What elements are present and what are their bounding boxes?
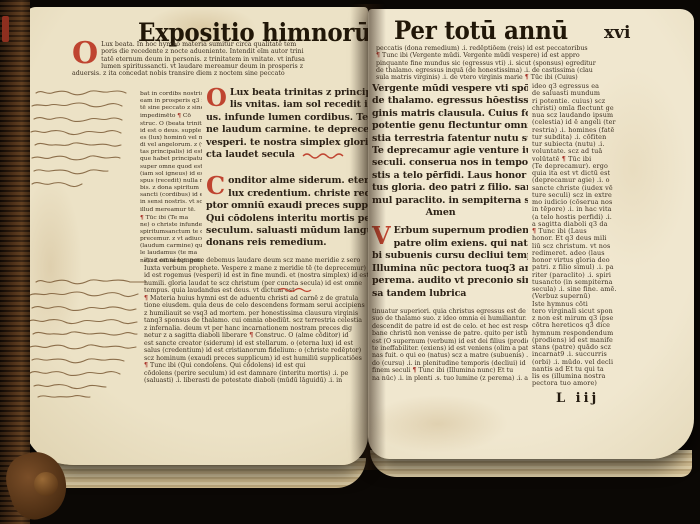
- red-initial-O: O: [72, 41, 98, 67]
- text-line: bi subuenis cursu decliui temporis.: [372, 250, 528, 262]
- text-line: Lux beata trinitas z principa: [230, 87, 368, 99]
- red-pilcrow: ¶: [376, 52, 380, 59]
- text-line: lis vnitas. iam sol recedit igne: [230, 99, 368, 111]
- red-pilcrow: ¶: [413, 367, 417, 374]
- text-line: est (O supernum (verbum) id est dei fili…: [372, 338, 528, 345]
- left-intro-lines: Lux beata. In hoc hymno materia sumitur …: [72, 41, 368, 77]
- text-line: netur z a sagitta diaboli liberare ¶ Con…: [144, 332, 386, 340]
- text-line: tero virginali sicut spon: [532, 308, 662, 315]
- left-commentary-column: bat in cordibs nostriseam in prosperis q…: [140, 91, 202, 265]
- text-line: ptor omniū exaudi preces supplicuz: [206, 200, 368, 212]
- text-line: Vergente mūdi vespere vti spōsus: [372, 83, 528, 95]
- text-line: a sagitta diaboli q3 da: [532, 221, 662, 228]
- text-line: in tēpore) .i. in hac vita: [532, 206, 662, 213]
- text-line: ri potentie. cuius) scz: [532, 98, 662, 105]
- text-line: salus (credentium) id est cristianorum f…: [144, 347, 386, 355]
- red-pilcrow: ¶: [532, 228, 536, 235]
- text-line: ¶ Materia huius hymni est de aduentu chr…: [144, 295, 386, 303]
- text-line: humili. gloria laudat te scz christum (p…: [144, 280, 386, 288]
- text-line: id est o deus. supple qui: [140, 128, 202, 135]
- text-line: ¶ Tunc ibi (Qui condolens. Qui cōdolens)…: [144, 362, 386, 370]
- left-intro-block: O Lux beata. In hoc hymno materia sumitu…: [72, 41, 368, 77]
- text-line: sancti (cordibus) id est: [140, 192, 202, 199]
- text-line: id est rogemus (vesperi) id est in fine …: [144, 272, 386, 280]
- red-fore-edge: [2, 16, 9, 42]
- text-line: tusancto (in sempiterna: [532, 279, 662, 286]
- right-page-header: Per totū annū: [394, 16, 568, 46]
- text-line: lux credentium. christe redem: [228, 188, 368, 200]
- text-line: super omne quod est: [140, 164, 202, 171]
- text-line: volūtatē ¶ Tūc ibi: [532, 156, 662, 163]
- text-line: cōdolens (perire seculum) id est damnare…: [144, 370, 386, 378]
- handwritten-marginalia: [30, 85, 142, 191]
- text-line: z non est mirum q3 ipse: [532, 315, 662, 322]
- text-line: christi) omīa flectunt ge: [532, 105, 662, 112]
- text-line: voluntate. scz ad tuā: [532, 148, 662, 155]
- hymn-lines: Erbum supernum prodiens apatre olim exie…: [372, 225, 528, 299]
- quire-signature: L iij: [556, 391, 599, 406]
- text-line: potentie genu flectuntur omnia. cele: [372, 120, 528, 132]
- text-line: cōtra hereticos q3 dice: [532, 322, 662, 329]
- text-line: tas principalis) id est: [140, 149, 202, 156]
- red-pilcrow: ¶: [177, 112, 181, 119]
- text-line: (a telo hostis perfidi) .i.: [532, 214, 662, 221]
- text-line: di vel angelorum. z (vni: [140, 142, 202, 149]
- text-line: stis a telo pērfidi. Laus honor vir: [372, 170, 528, 182]
- text-line: (saluasti) .i. liberasti de potestate di…: [144, 377, 386, 385]
- text-line: illud mereamur tē.: [140, 207, 202, 214]
- text-line: (Verbuz supernū): [532, 293, 662, 300]
- text-line: spiritumsanctum te de: [140, 229, 202, 236]
- hymn-verse-conditor: C onditor alme siderum. eternalux creden…: [206, 175, 368, 249]
- text-line: tanq3 sponsus de thalamo. cui omnia obed…: [144, 317, 386, 325]
- text-line: do (cursu) .i. in plenitudine temporis (…: [372, 360, 528, 367]
- text-line: vesperi. te nostra simplex gloria p cū: [206, 137, 368, 149]
- left-bottom-commentary: ita z omni tempore debemus laudare deum …: [144, 257, 386, 385]
- right-hymn-column: Vergente mūdi vespere vti spōsusde thala…: [372, 83, 528, 382]
- text-line: sula matris virginis) .i. de vtero virgi…: [376, 74, 682, 81]
- text-line: sa tandem lubrica: [372, 288, 528, 300]
- text-line: de saluasti mundum: [532, 90, 662, 97]
- text-line: scz hominum (exaudi preces supplicum) id…: [144, 355, 386, 363]
- text-line: finem seculi ¶ Tunc ibi (Illumina nunc) …: [372, 367, 528, 374]
- hymn-lines: onditor alme siderum. eternalux credenti…: [206, 175, 368, 249]
- text-line: aduersis. z ita concedat nobis transire …: [72, 70, 368, 77]
- text-line: te ineffabiliter. (exiens) id est venien…: [372, 345, 528, 352]
- text-line: peccatis (dona remedium) .i. redēptiōem …: [376, 45, 682, 52]
- text-line: perema. audito vt preconio sint pul: [372, 275, 528, 287]
- text-line: stans (patre) quādo scz: [532, 344, 662, 351]
- text-line: ne laudum carmine. te deprecemur: [206, 124, 368, 136]
- text-line: (prodiens) id est manife: [532, 337, 662, 344]
- text-line: suo de thalamo suo. z ideo omnia ei humi…: [372, 315, 528, 322]
- text-line: (Te deprecamur). ergo: [532, 163, 662, 170]
- text-line: nas fuit. o qui eo (natus) scz a matre (…: [372, 352, 528, 359]
- text-line: liū scz christum. vt nos: [532, 243, 662, 250]
- text-line: stia terrestria fatentur nutu subdita.: [372, 133, 528, 145]
- text-line: nantis ad Et tu qui ta: [532, 366, 662, 373]
- text-line: impedimēto ¶ Cō: [140, 112, 202, 120]
- text-line: incarnat9 .i. succurris: [532, 351, 662, 358]
- red-initial-O: O: [206, 87, 227, 109]
- text-line: (celestia) id ē angeli (ter: [532, 119, 662, 126]
- text-line: honor virtus gloria deo: [532, 257, 662, 264]
- text-line: ginis matris clausula. Cuius forti: [372, 108, 528, 120]
- folio-number: xvi: [604, 23, 630, 43]
- right-top-commentary: peccatis (dona remedium) .i. redēptiōem …: [376, 45, 682, 81]
- text-line: pinquante fine mundus sic (egressus vti)…: [376, 60, 682, 67]
- text-line: eam in prosperis q3 in: [140, 98, 202, 105]
- text-line: sancte christe (iudex vē: [532, 185, 662, 192]
- text-line: ture seculi) scz in extre: [532, 192, 662, 199]
- text-line: Te deprecamur agie venture iudex: [372, 145, 528, 157]
- hymn-verse-vergente: Vergente mūdi vespere vti spōsusde thala…: [372, 83, 528, 219]
- text-line: tione eiusdem. quia deus de celo descend…: [144, 302, 386, 310]
- text-line: ne) o christe infunde: [140, 222, 202, 229]
- text-line: hymnum respondendum: [532, 330, 662, 337]
- text-line: ¶ Tunc ibi (Laus: [532, 228, 662, 235]
- text-line: precemur. z vt adiuces: [140, 236, 202, 243]
- text-line: bis. z dona spiritum: [140, 185, 202, 192]
- text-line: redimeret. adeo (laus: [532, 250, 662, 257]
- hymn-amen: Amen: [372, 207, 509, 219]
- text-line: z humiliauit se vsq3 ad mortem. per hone…: [144, 310, 386, 318]
- text-line: restria) .i. homines (fatē: [532, 127, 662, 134]
- right-side-commentary: ideo q3 egressus eade saluasti mundumri …: [532, 83, 662, 388]
- text-line: (laudum carmine) qua: [140, 243, 202, 250]
- text-line: seculum. saluasti mūdum languiduz: [206, 225, 368, 237]
- text-line: patre olim exiens. qui natus or: [394, 238, 528, 250]
- left-page: Expositio himnorū O Lux beata. In hoc hy…: [26, 7, 368, 465]
- text-line: bane christū non venisse de patre. quito…: [372, 330, 528, 337]
- text-line: lumen spiritussancti. vt laudare mereamu…: [101, 63, 368, 70]
- text-line: donans reis remedium.: [206, 237, 368, 249]
- text-line: z infernalia. deum vt per hanc incarnati…: [144, 325, 386, 333]
- red-initial-C: C: [206, 175, 225, 197]
- text-line: Iste hymnus cōti: [532, 301, 662, 308]
- text-line: tē sine peccato z sine: [140, 105, 202, 112]
- text-line: que habet principatuz: [140, 156, 202, 163]
- red-pilcrow: ¶: [140, 214, 144, 221]
- text-line: Qui cōdolens interitu mortis perire: [206, 213, 368, 225]
- rubric-squiggle: [278, 286, 318, 293]
- text-line: spus (recedit) nulla no: [140, 178, 202, 185]
- book-photograph: Expositio himnorū O Lux beata. In hoc hy…: [0, 0, 700, 524]
- text-line: Erbum supernum prodiens a: [394, 225, 528, 237]
- text-line: riter (paraclito) .i. spiri: [532, 272, 662, 279]
- hymn-lines: Vergente mūdi vespere vti spōsusde thala…: [372, 83, 528, 207]
- text-line: na nūc) .i. in plenti .s. tuo lumine (z …: [372, 375, 528, 382]
- text-line: honor. Et q3 deus mili: [532, 235, 662, 242]
- text-line: est sancte creator (siderum) id est stel…: [144, 340, 386, 348]
- red-pilcrow: ¶: [525, 74, 529, 81]
- text-line: nua scz laudando ipsum: [532, 112, 662, 119]
- left-hymn-column: O Lux beata trinitas z principalis vnita…: [206, 87, 368, 250]
- text-line: ita z omni tempore debemus laudare deum …: [144, 257, 386, 265]
- text-line: Illumina nūc pectora tuoq3 amore: [372, 263, 528, 275]
- red-pilcrow: ¶: [249, 332, 253, 339]
- text-line: tur subdita) .i. cōfiten: [532, 134, 662, 141]
- text-line: Lux beata. In hoc hymno materia sumitur …: [101, 41, 368, 48]
- text-line: mul paraclito. in sempiterna secula: [372, 195, 528, 207]
- text-line: in sensi nostris. vt scilz: [140, 199, 202, 206]
- text-line: ¶ Tūc ibi (Te ma: [140, 214, 202, 222]
- text-line: pectora tuo amore): [532, 380, 662, 387]
- text-line: mo iudicio (cōserua nos: [532, 199, 662, 206]
- text-line: quia ita est vt dictū est: [532, 170, 662, 177]
- text-line: descendit de patre id est de celo. et he…: [372, 323, 528, 330]
- text-line: lis es (illumina nostra: [532, 373, 662, 380]
- text-line: poris die recedente z nocte adueniente. …: [101, 48, 368, 55]
- text-line: tus gloria. deo patri z filio. sancto si: [372, 182, 528, 194]
- text-line: seculi. conserua nos in tempore ho: [372, 157, 528, 169]
- text-line: es (lux) hominū vel mū: [140, 135, 202, 142]
- red-initial-V: V: [372, 225, 391, 247]
- red-pilcrow: ¶: [144, 362, 148, 369]
- text-line: us. infunde lumen cordibus. Te ma: [206, 112, 368, 124]
- hymn-verse-verbum: V Erbum supernum prodiens apatre olim ex…: [372, 225, 528, 299]
- right-bottom-commentary: tinuatur superiori. quia christus egress…: [372, 308, 528, 382]
- text-line: ¶ Tunc ibi (Vergente mūdi. Vergente mūdi…: [376, 52, 682, 59]
- text-line: de thalamo. egressus hōestissima vir: [372, 95, 528, 107]
- book-spine: [0, 0, 30, 524]
- parchment-stain: [368, 395, 508, 453]
- text-line: secula) .i. sine fine. amē.: [532, 286, 662, 293]
- text-line: tatē eternum deum in personis. z trinita…: [101, 56, 368, 63]
- text-line: struc. O (beata trinitas): [140, 121, 202, 128]
- text-line: onditor alme siderum. eterna: [228, 175, 368, 187]
- text-line: (deprecamur agie) .i. o: [532, 177, 662, 184]
- red-pilcrow: ¶: [144, 295, 148, 302]
- text-line: de thalamo. egressus inquā (de honestiss…: [376, 67, 682, 74]
- text-line: bat in cordibs nostris: [140, 91, 202, 98]
- clasp-knob: [34, 472, 58, 496]
- text-line: tur subiecta (nutu) .i.: [532, 141, 662, 148]
- text-line: (orbi) .i. mūdo. vel decli: [532, 359, 662, 366]
- rubric-squiggle: [302, 151, 350, 159]
- text-line: tinuatur superiori. quia christus egress…: [372, 308, 528, 315]
- text-line: Iuxta verbum prophete. Vespere z mane z …: [144, 265, 386, 273]
- handwritten-marginalia: [28, 275, 154, 403]
- text-line: tempus. quia laudandus est deus. vt dict…: [144, 287, 386, 295]
- text-line: (iam sol igneus) id est: [140, 171, 202, 178]
- right-page: Per totū annū xvi peccatis (dona remediu…: [368, 9, 694, 459]
- text-line: patri. z filio simul) .i. pa: [532, 264, 662, 271]
- spine-page-edges: [0, 0, 30, 524]
- red-pilcrow: ¶: [562, 156, 566, 163]
- text-line: ideo q3 egressus ea: [532, 83, 662, 90]
